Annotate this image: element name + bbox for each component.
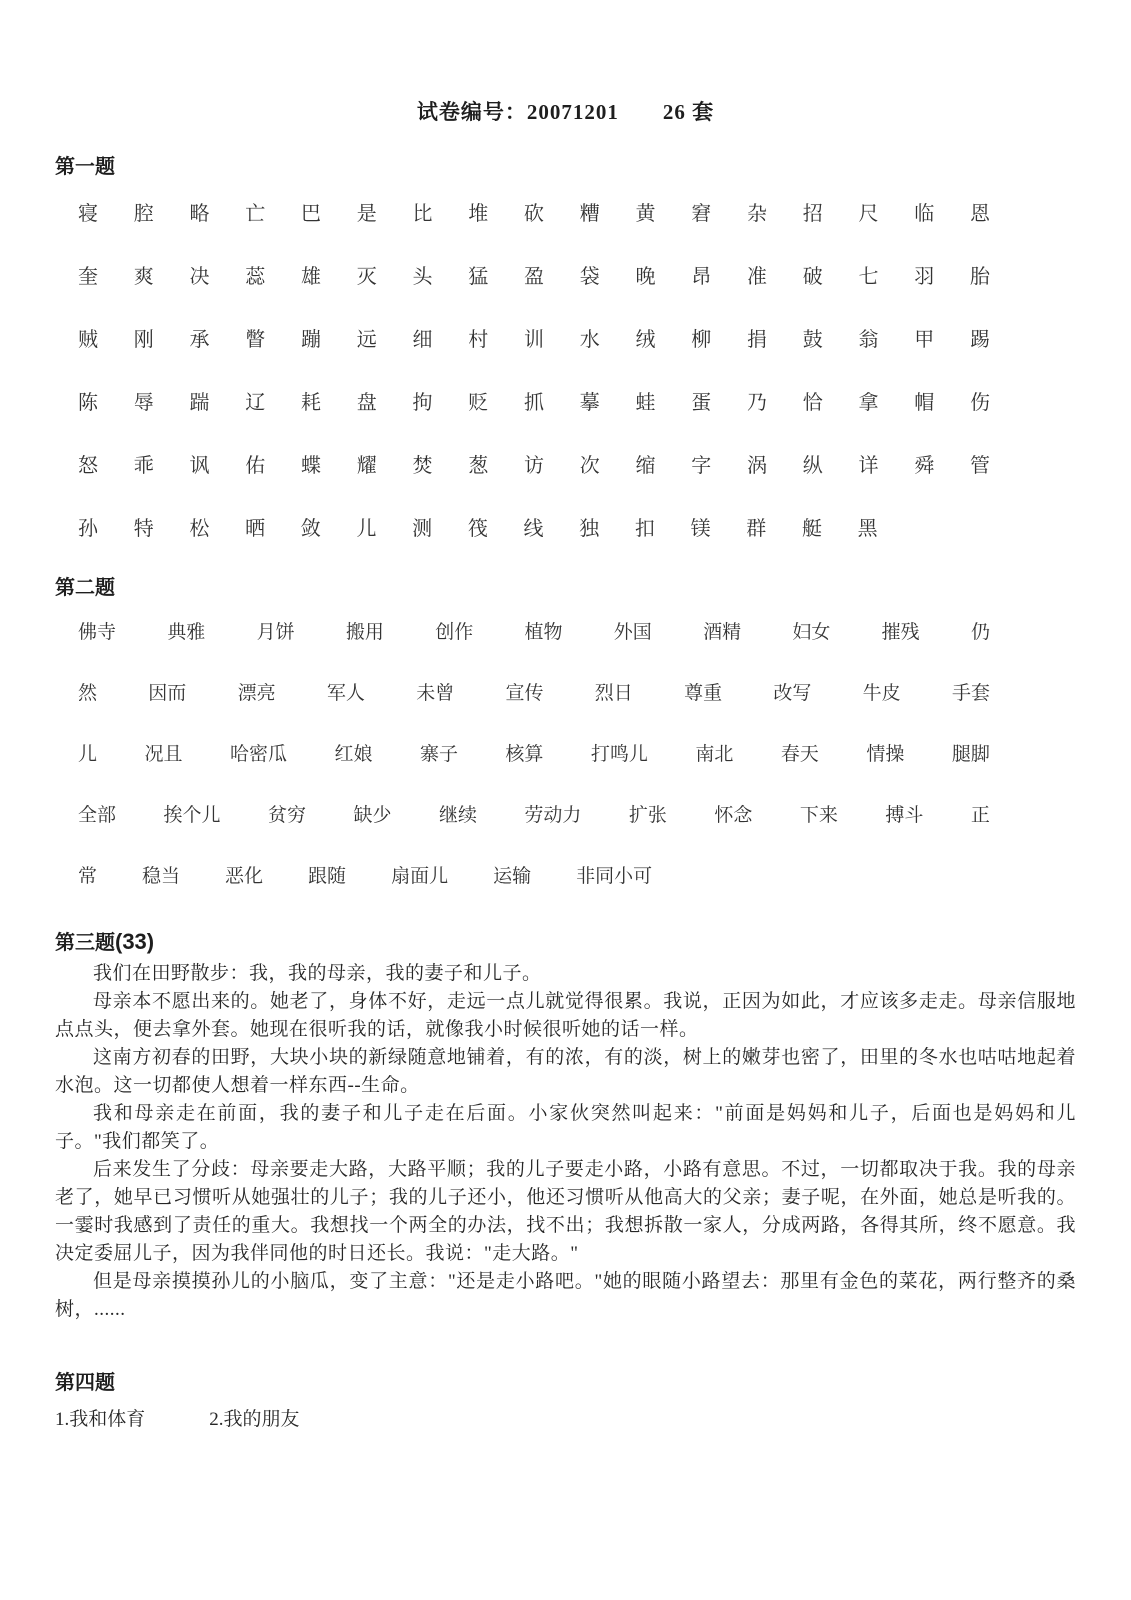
character: 测 (412, 519, 432, 539)
q1-char-row-6: 孙特松晒敛儿测筏线独扣镁群艇黑 (78, 519, 990, 539)
section-question-3: 第三题(33) 我们在田野散步：我，我的母亲，我的妻子和儿子。 母亲本不愿出来的… (55, 931, 1076, 1324)
character: 恩 (970, 204, 990, 224)
word: 搏斗 (885, 806, 923, 826)
character: 摹 (580, 393, 600, 413)
word: 常 (78, 867, 97, 887)
passage-paragraph: 后来发生了分歧：母亲要走大路，大路平顺；我的儿子要走小路，小路有意思。不过，一切… (55, 1156, 1076, 1268)
word: 非同小可 (576, 867, 652, 887)
word: 佛寺 (78, 623, 116, 643)
character: 访 (524, 456, 544, 476)
q2-word-row-2: 然因而漂亮军人未曾宣传烈日尊重改写牛皮手套 (78, 684, 990, 704)
exam-page: 试卷编号：20071201 26 套 第一题 寝腔略亡巴是比堆砍糟黄窘杂招尺临恩… (0, 0, 1131, 1600)
word: 典雅 (167, 623, 205, 643)
q1-char-row-3: 贼刚承瞥蹦远细村训水绒柳捐鼓翁甲踢 (78, 330, 990, 350)
word: 植物 (524, 623, 562, 643)
character: 承 (190, 330, 210, 350)
character: 村 (468, 330, 488, 350)
character: 敛 (301, 519, 321, 539)
character: 堆 (468, 204, 488, 224)
q1-char-row-1: 寝腔略亡巴是比堆砍糟黄窘杂招尺临恩 (78, 204, 990, 224)
character: 耗 (301, 393, 321, 413)
character: 胎 (970, 267, 990, 287)
character: 瞥 (245, 330, 265, 350)
character: 艇 (802, 519, 822, 539)
word: 搬用 (346, 623, 384, 643)
word: 南北 (695, 745, 733, 765)
character: 踢 (970, 330, 990, 350)
word: 稳当 (142, 867, 180, 887)
section-question-1: 第一题 寝腔略亡巴是比堆砍糟黄窘杂招尺临恩 奎爽决蕊雄灭头猛盈袋晚昂准破七羽胎 … (55, 156, 1076, 539)
character: 捐 (747, 330, 767, 350)
q1-char-row-2: 奎爽决蕊雄灭头猛盈袋晚昂准破七羽胎 (78, 267, 990, 287)
character: 甲 (914, 330, 934, 350)
word: 全部 (78, 806, 116, 826)
character: 乖 (134, 456, 154, 476)
character: 松 (189, 519, 209, 539)
passage-paragraph: 母亲本不愿出来的。她老了，身体不好，走远一点儿就觉得很累。我说，正因为如此，才应… (55, 988, 1076, 1044)
character: 舜 (914, 456, 934, 476)
character: 辽 (245, 393, 265, 413)
character: 扣 (635, 519, 655, 539)
character: 准 (747, 267, 767, 287)
character: 线 (524, 519, 544, 539)
word: 况且 (144, 745, 182, 765)
word: 打鸣儿 (591, 745, 648, 765)
section-question-4: 第四题 1.我和体育2.我的朋友 (55, 1372, 1076, 1431)
word: 军人 (327, 684, 365, 704)
character: 帽 (914, 393, 934, 413)
character: 亡 (245, 204, 265, 224)
character: 决 (190, 267, 210, 287)
character: 抓 (524, 393, 544, 413)
character: 涡 (747, 456, 767, 476)
character: 管 (970, 456, 990, 476)
character: 袋 (580, 267, 600, 287)
word: 怀念 (714, 806, 752, 826)
character: 寝 (78, 204, 98, 224)
passage-paragraph: 我们在田野散步：我，我的母亲，我的妻子和儿子。 (55, 960, 1076, 988)
word: 恶化 (225, 867, 263, 887)
character: 镁 (691, 519, 711, 539)
character: 蝶 (301, 456, 321, 476)
character: 详 (859, 456, 879, 476)
word: 儿 (78, 745, 97, 765)
word: 正 (971, 806, 990, 826)
character: 陈 (78, 393, 98, 413)
character: 孙 (78, 519, 98, 539)
character: 水 (580, 330, 600, 350)
passage-paragraph: 这南方初春的田野，大块小块的新绿随意地铺着，有的浓，有的淡，树上的嫩芽也密了，田… (55, 1044, 1076, 1100)
character: 招 (803, 204, 823, 224)
q4-topic-row: 1.我和体育2.我的朋友 (55, 1404, 1076, 1431)
character: 怒 (78, 456, 98, 476)
character: 特 (134, 519, 154, 539)
character: 伤 (970, 393, 990, 413)
character: 砍 (524, 204, 544, 224)
character: 腔 (134, 204, 154, 224)
character: 蛋 (691, 393, 711, 413)
word: 外国 (614, 623, 652, 643)
character: 黄 (636, 204, 656, 224)
character: 绒 (636, 330, 656, 350)
word: 劳动力 (524, 806, 581, 826)
word: 酒精 (703, 623, 741, 643)
word: 扩张 (629, 806, 667, 826)
character: 七 (859, 267, 879, 287)
q2-heading: 第二题 (55, 577, 1076, 599)
word: 春天 (781, 745, 819, 765)
character: 焚 (413, 456, 433, 476)
character: 爽 (134, 267, 154, 287)
word: 因而 (148, 684, 186, 704)
word: 继续 (439, 806, 477, 826)
character: 乃 (747, 393, 767, 413)
character: 远 (357, 330, 377, 350)
character: 讽 (190, 456, 210, 476)
q1-char-row-5: 怒乖讽佑蝶耀焚葱访次缩字涡纵详舜管 (78, 456, 990, 476)
character: 比 (413, 204, 433, 224)
word: 手套 (952, 684, 990, 704)
character: 是 (357, 204, 377, 224)
character: 佑 (245, 456, 265, 476)
character: 糟 (580, 204, 600, 224)
word: 寨子 (420, 745, 458, 765)
page-title: 试卷编号：20071201 26 套 (55, 96, 1076, 126)
word: 妇女 (792, 623, 830, 643)
character: 杂 (747, 204, 767, 224)
character: 纵 (803, 456, 823, 476)
word: 哈密瓜 (230, 745, 287, 765)
character: 鼓 (803, 330, 823, 350)
character: 盈 (524, 267, 544, 287)
character: 巴 (301, 204, 321, 224)
word: 月饼 (257, 623, 295, 643)
character: 猛 (468, 267, 488, 287)
character: 破 (803, 267, 823, 287)
character: 训 (524, 330, 544, 350)
character: 盘 (357, 393, 377, 413)
word: 腿脚 (952, 745, 990, 765)
character: 拿 (859, 393, 879, 413)
word: 未曾 (416, 684, 454, 704)
essay-topic: 1.我和体育 (55, 1404, 145, 1431)
word: 下来 (800, 806, 838, 826)
word: 创作 (435, 623, 473, 643)
word: 跟随 (308, 867, 346, 887)
character: 独 (579, 519, 599, 539)
character: 蛙 (636, 393, 656, 413)
character: 恰 (803, 393, 823, 413)
q2-word-row-5: 常稳当恶化跟随扇面儿运输非同小可 (78, 867, 990, 887)
q3-heading: 第三题(33) (55, 931, 1076, 954)
character: 黑 (858, 519, 878, 539)
character: 奎 (78, 267, 98, 287)
essay-topic: 2.我的朋友 (209, 1404, 299, 1431)
passage-paragraph: 我和母亲走在前面，我的妻子和儿子走在后面。小家伙突然叫起来："前面是妈妈和儿子，… (55, 1100, 1076, 1156)
word: 牛皮 (863, 684, 901, 704)
section-question-2: 第二题 佛寺典雅月饼搬用创作植物外国酒精妇女摧残仍 然因而漂亮军人未曾宣传烈日尊… (55, 577, 1076, 887)
character: 灭 (357, 267, 377, 287)
word: 情操 (866, 745, 904, 765)
character: 羽 (914, 267, 934, 287)
word: 扇面儿 (391, 867, 448, 887)
word: 宣传 (505, 684, 543, 704)
character: 踹 (190, 393, 210, 413)
character: 略 (190, 204, 210, 224)
word: 贫穷 (268, 806, 306, 826)
q2-word-row-1: 佛寺典雅月饼搬用创作植物外国酒精妇女摧残仍 (78, 623, 990, 643)
q4-heading: 第四题 (55, 1372, 1076, 1394)
character: 昂 (691, 267, 711, 287)
character: 拘 (413, 393, 433, 413)
character: 刚 (134, 330, 154, 350)
q1-heading: 第一题 (55, 156, 1076, 178)
character: 细 (413, 330, 433, 350)
character: 葱 (468, 456, 488, 476)
word: 尊重 (684, 684, 722, 704)
character: 雄 (301, 267, 321, 287)
character: 蹦 (301, 330, 321, 350)
character: 晚 (636, 267, 656, 287)
passage-paragraph: 但是母亲摸摸孙儿的小脑瓜，变了主意："还是走小路吧。"她的眼随小路望去：那里有金… (55, 1268, 1076, 1324)
q2-word-row-4: 全部挨个儿贫穷缺少继续劳动力扩张怀念下来搏斗正 (78, 806, 990, 826)
character: 辱 (134, 393, 154, 413)
word: 改写 (773, 684, 811, 704)
character: 头 (413, 267, 433, 287)
word: 挨个儿 (163, 806, 220, 826)
character: 字 (691, 456, 711, 476)
word: 缺少 (353, 806, 391, 826)
character: 缩 (636, 456, 656, 476)
character: 临 (914, 204, 934, 224)
word: 红娘 (334, 745, 372, 765)
character: 耀 (357, 456, 377, 476)
q2-word-row-3: 儿况且哈密瓜红娘寨子核算打鸣儿南北春天情操腿脚 (78, 745, 990, 765)
character: 儿 (356, 519, 376, 539)
q1-char-row-4: 陈辱踹辽耗盘拘贬抓摹蛙蛋乃恰拿帽伤 (78, 393, 990, 413)
word: 核算 (505, 745, 543, 765)
character: 贬 (468, 393, 488, 413)
character: 尺 (859, 204, 879, 224)
word: 运输 (493, 867, 531, 887)
q3-heading-text: 第三题 (55, 932, 115, 954)
word: 仍 (971, 623, 990, 643)
character: 晒 (245, 519, 265, 539)
character: 次 (580, 456, 600, 476)
word: 然 (78, 684, 97, 704)
reading-passage: 我们在田野散步：我，我的母亲，我的妻子和儿子。 母亲本不愿出来的。她老了，身体不… (55, 960, 1076, 1324)
character: 贼 (78, 330, 98, 350)
character: 群 (746, 519, 766, 539)
character: 窘 (691, 204, 711, 224)
character: 蕊 (245, 267, 265, 287)
character: 筏 (468, 519, 488, 539)
word: 烈日 (595, 684, 633, 704)
character: 柳 (691, 330, 711, 350)
q3-heading-number: (33) (115, 929, 154, 954)
word: 摧残 (882, 623, 920, 643)
word: 漂亮 (238, 684, 276, 704)
character: 翁 (859, 330, 879, 350)
